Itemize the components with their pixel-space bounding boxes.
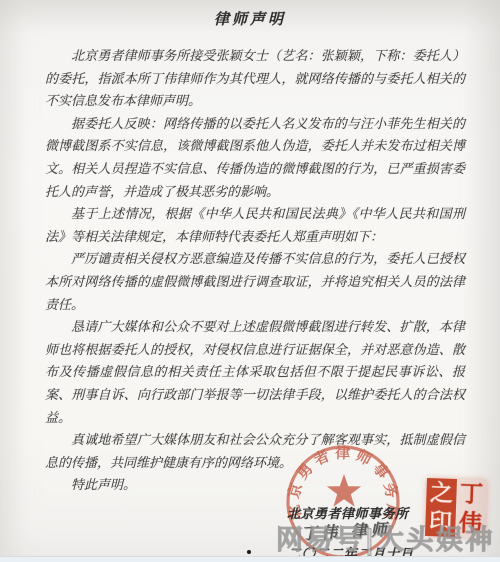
square-seal-char-tl: 之: [426, 478, 457, 508]
seal-star-icon: [327, 474, 361, 507]
lawyer-statement-page: 律师声明 北京勇者律师事务所接受张颖女士（艺名：张颖颖，下称：委托人）的委托，指…: [0, 0, 500, 562]
statement-paragraph-4: 严厉谴责相关侵权方恶意编造及传播不实信息的行为，委托人已授权本所对网络传播的虚假…: [45, 249, 465, 317]
netease-watermark: 网易号|大头娱神: [276, 518, 495, 557]
statement-paragraph-2: 据委托人反映：网络传播的以委托人名义发布的与汪小菲先生相关的微博截图系不实信息，…: [45, 114, 465, 204]
ink-dot: [247, 550, 251, 554]
statement-paragraph-5: 恳请广大媒体和公众不要对上述虚假微博截图进行转发、扩散，本律师也将根据委托人的授…: [45, 317, 465, 430]
photo-bottom-edge: [0, 556, 500, 562]
square-seal-char-tr: 丁: [456, 479, 487, 509]
document-body: 北京勇者律师事务所接受张颖女士（艺名：张颖颖，下称：委托人）的委托，指派本所丁伟…: [45, 46, 465, 498]
statement-paragraph-1: 北京勇者律师事务所接受张颖女士（艺名：张颖颖，下称：委托人）的委托，指派本所丁伟…: [45, 46, 465, 114]
statement-paragraph-3: 基于上述情况，根据《中华人民共和国民法典》《中华人民共和国刑法》等相关法律规定，…: [45, 204, 465, 249]
document-title: 律师声明: [0, 0, 500, 29]
